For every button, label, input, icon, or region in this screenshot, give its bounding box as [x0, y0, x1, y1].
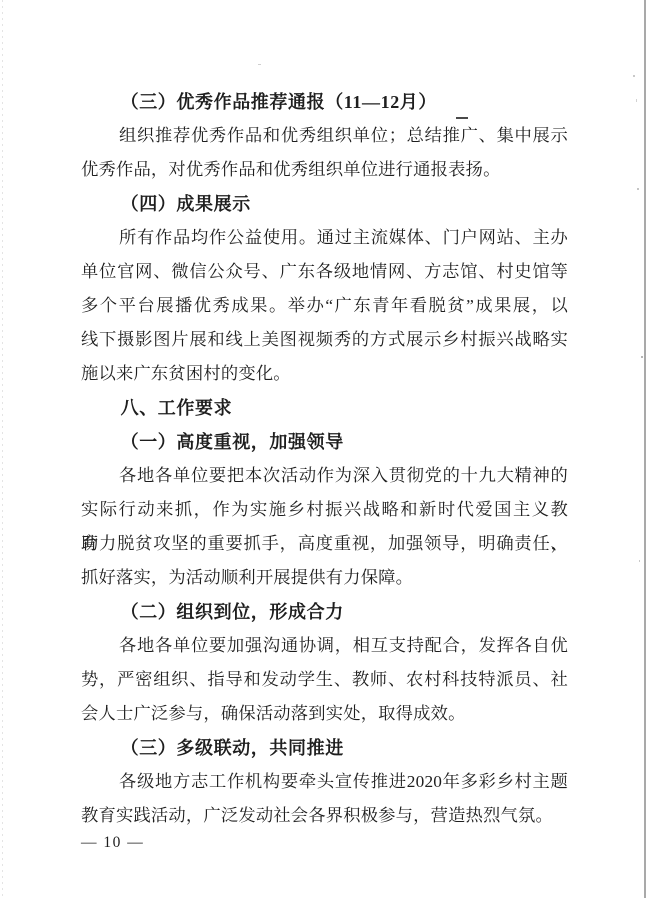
page-number: — 10 — [81, 831, 144, 855]
scan-speck [633, 75, 635, 77]
body-text-line: 会人士广泛参与，确保活动落到实处，取得成效。 [81, 697, 568, 731]
body-text-line: 助力脱贫攻坚的重要抓手，高度重视，加强领导，明确责任， [81, 527, 568, 561]
body-text-line: 施以来广东贫困村的变化。 [81, 357, 568, 391]
scan-speck [456, 117, 468, 119]
scan-edge-line [644, 0, 646, 898]
section-heading: （四）成果展示 [81, 187, 568, 221]
body-text-line: 所有作品均作公益使用。通过主流媒体、门户网站、主办 [81, 221, 568, 255]
body-text-line: 实际行动来抓，作为实施乡村振兴战略和新时代爱国主义教育、 [81, 493, 568, 527]
body-text-line: 多个平台展播优秀成果。举办“广东青年看脱贫”成果展，以 [81, 289, 568, 323]
scan-speck [636, 99, 637, 102]
body-text-line: 单位官网、微信公众号、广东各级地情网、方志馆、村史馆等 [81, 255, 568, 289]
scan-speck [641, 356, 643, 358]
body-text-line: 教育实践活动，广泛发动社会各界积极参与，营造热烈气氛。 [81, 799, 568, 833]
document-body: （三）优秀作品推荐通报（11—12月）组织推荐优秀作品和优秀组织单位；总结推广、… [81, 85, 568, 833]
body-text-line: 组织推荐优秀作品和优秀组织单位；总结推广、集中展示 [81, 119, 568, 153]
scan-speck [258, 64, 261, 65]
section-heading: （三）多级联动，共同推进 [81, 731, 568, 765]
body-text-line: 各地各单位要把本次活动作为深入贯彻党的十九大精神的 [81, 459, 568, 493]
section-heading: 八、工作要求 [81, 391, 568, 425]
scan-edge-noise [2, 0, 3, 898]
body-text-line: 抓好落实，为活动顺利开展提供有力保障。 [81, 561, 568, 595]
body-text-line: 势，严密组织、指导和发动学生、教师、农村科技特派员、社 [81, 663, 568, 697]
body-text-line: 各级地方志工作机构要牵头宣传推进2020年多彩乡村主题 [81, 765, 568, 799]
body-text-line: 线下摄影图片展和线上美图视频秀的方式展示乡村振兴战略实 [81, 323, 568, 357]
body-text-line: 各地各单位要加强沟通协调，相互支持配合，发挥各自优 [81, 629, 568, 663]
document-page: （三）优秀作品推荐通报（11—12月）组织推荐优秀作品和优秀组织单位；总结推广、… [0, 0, 649, 898]
body-text-line: 优秀作品，对优秀作品和优秀组织单位进行通报表扬。 [81, 153, 568, 187]
scan-speck [637, 188, 639, 190]
section-heading: （一）高度重视，加强领导 [81, 425, 568, 459]
section-heading: （二）组织到位，形成合力 [81, 595, 568, 629]
section-heading: （三）优秀作品推荐通报（11—12月） [81, 85, 568, 119]
scan-speck [639, 560, 640, 562]
